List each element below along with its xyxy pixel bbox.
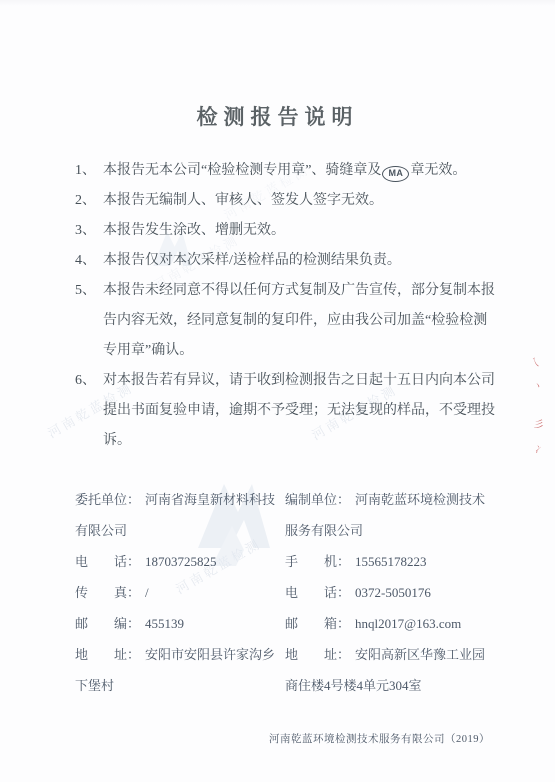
note-item-1: 1、 本报告无本公司“检验检测专用章”、骑缝章及MA章无效。 <box>75 156 503 186</box>
contact-row-client-zip: 邮 编：455139 <box>75 608 285 639</box>
contact-label: 委托单位： <box>75 492 140 507</box>
note-number: 5、 <box>75 276 103 306</box>
note-item-2: 2、 本报告无编制人、审核人、签发人签字无效。 <box>75 186 503 216</box>
contact-value: 18703725825 <box>145 554 217 569</box>
note-text: 对本报告若有异议，请于收到检测报告之日起十五日内向本公司 提出书面复验申请，逾期… <box>103 366 503 456</box>
contact-label: 邮 编： <box>75 616 140 631</box>
cma-mark-letters: MA <box>388 169 403 178</box>
client-contact-column: 委托单位：河南省海皇新材料科技 有限公司 电 话：18703725825 传 真… <box>75 484 285 701</box>
red-ink-mark-icon: 丶 <box>532 381 543 392</box>
contact-row-lab-mobile: 手 机：15565178223 <box>285 546 495 577</box>
note-item-5: 5、 本报告未经同意不得以任何方式复制及广告宣传，部分复制本报 告内容无效，经同… <box>75 276 503 366</box>
note-text-suffix: 章无效。 <box>410 163 466 178</box>
contact-row-client-fax: 传 真：/ <box>75 577 285 608</box>
contact-value: 0372-5050176 <box>355 585 431 600</box>
contact-row-lab-address: 地 址：安阳高新区华豫工业园 商住楼4号楼4单元304室 <box>285 639 495 701</box>
note-text-prefix: 本报告无本公司“检验检测专用章”、骑缝章及 <box>103 163 381 178</box>
contact-row-lab-phone: 电 话：0372-5050176 <box>285 577 495 608</box>
contact-label: 电 话： <box>285 585 350 600</box>
note-item-6: 6、 对本报告若有异议，请于收到检测报告之日起十五日内向本公司 提出书面复验申请… <box>75 366 503 456</box>
contact-row-lab-email: 邮 箱：hnql2017@163.com <box>285 608 495 639</box>
page-title: 检测报告说明 <box>0 101 555 131</box>
contact-label: 地 址： <box>75 647 140 662</box>
note-item-3: 3、 本报告发生涂改、增删无效。 <box>75 216 503 246</box>
contact-label: 电 话： <box>75 554 140 569</box>
note-number: 1、 <box>75 156 103 186</box>
footer-company-line: 河南乾蓝环境检测技术服务有限公司（2019） <box>75 731 490 746</box>
contact-row-lab-unit: 编制单位：河南乾蓝环境检测技术 服务有限公司 <box>285 484 495 546</box>
report-notes-list: 1、 本报告无本公司“检验检测专用章”、骑缝章及MA章无效。 2、 本报告无编制… <box>75 156 503 456</box>
red-ink-mark-icon: 冫 <box>534 445 545 456</box>
note-text: 本报告仅对本次采样/送检样品的检测结果负责。 <box>103 246 503 276</box>
note-text: 本报告无编制人、审核人、签发人签字无效。 <box>103 186 503 216</box>
red-ink-mark-icon: 乀 <box>530 357 541 368</box>
cma-mark-icon: MA <box>382 166 409 182</box>
red-ink-mark-icon: 彡 <box>532 419 545 432</box>
contact-value: 455139 <box>145 616 184 631</box>
scanned-report-page: 河南乾蓝检测 河南乾蓝检测 河南乾蓝检测 河南乾蓝检测 河南乾蓝检测 检测报告说… <box>0 0 555 782</box>
note-number: 3、 <box>75 216 103 246</box>
contact-label: 传 真： <box>75 585 140 600</box>
contact-value: hnql2017@163.com <box>355 616 461 631</box>
contact-row-client-address: 地 址：安阳市安阳县许家沟乡 下堡村 <box>75 639 285 701</box>
contact-label: 邮 箱： <box>285 616 350 631</box>
contact-info: 委托单位：河南省海皇新材料科技 有限公司 电 话：18703725825 传 真… <box>75 484 495 701</box>
contact-label: 地 址： <box>285 647 350 662</box>
contact-value: 15565178223 <box>355 554 427 569</box>
contact-row-client-unit: 委托单位：河南省海皇新材料科技 有限公司 <box>75 484 285 546</box>
contact-row-client-phone: 电 话：18703725825 <box>75 546 285 577</box>
contact-label: 手 机： <box>285 554 350 569</box>
contact-value: / <box>145 585 149 600</box>
note-number: 2、 <box>75 186 103 216</box>
note-number: 6、 <box>75 366 103 396</box>
note-number: 4、 <box>75 246 103 276</box>
contact-label: 编制单位： <box>285 492 350 507</box>
lab-contact-column: 编制单位：河南乾蓝环境检测技术 服务有限公司 手 机：15565178223 电… <box>285 484 495 701</box>
note-item-4: 4、 本报告仅对本次采样/送检样品的检测结果负责。 <box>75 246 503 276</box>
note-text: 本报告发生涂改、增删无效。 <box>103 216 503 246</box>
note-text: 本报告无本公司“检验检测专用章”、骑缝章及MA章无效。 <box>103 156 503 186</box>
note-text: 本报告未经同意不得以任何方式复制及广告宣传，部分复制本报 告内容无效，经同意复制… <box>103 276 503 366</box>
